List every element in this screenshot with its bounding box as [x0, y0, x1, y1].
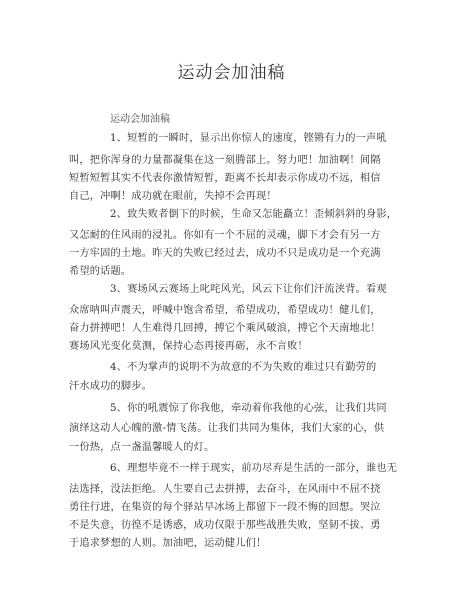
paragraph-line: 自己，冲啊！成功就在眼前，失掉不会再现！ — [69, 187, 277, 202]
paragraph-line: 汗水成功的脚步。 — [69, 377, 152, 392]
paragraph-line: 一份热，点一盏温馨暖人的灯。 — [69, 438, 214, 453]
paragraph-line: 1、短暂的一瞬时，显示出你惊人的速度，铿锵有力的一声吼 — [110, 129, 387, 144]
paragraph-line: 短暂短暂其实不代表你激情短暂，距离不长却表示你成功不远，相信 — [69, 169, 381, 184]
paragraph-line: 于追求梦想的人则。加油吧，运动健儿们！ — [69, 534, 266, 549]
document-page: 运动会加油稿 运动会加油稿 1、短暂的一瞬时，显示出你惊人的速度，铿锵有力的一声… — [0, 0, 463, 600]
paragraph-line: 叫，把你浑身的力量都凝集在这一刻腾部上。努力吧！加油啊！间隔 — [69, 151, 381, 166]
paragraph-line: 2、致失败者倒下的时候，生命又怎能矗立！歪倾斜斜的身影， — [110, 205, 397, 220]
paragraph-line: 赛场风光变化莫测，保持心态再接再砺，永不言败！ — [69, 337, 308, 352]
document-subtitle: 运动会加油稿 — [110, 110, 170, 125]
paragraph-line: 5、你的吼震惊了你我他，牵动着你我他的心弦，让我们共同 — [110, 399, 387, 414]
paragraph-line: 法选择，没法拒绝。人生要自己去拼搏，去奋斗，在风雨中不屈不挠 — [69, 480, 381, 495]
paragraph-line: 又怎耐的住风雨的浸礼。你如有一个不屈的灵魂，脚下才会有另一方 — [69, 226, 381, 241]
document-title: 运动会加油稿 — [0, 58, 463, 83]
paragraph-line: 众席呐叫声震天，呼喊中饱含希望，希望成功，希望成功！健儿们， — [69, 301, 381, 316]
paragraph-line: 勇往行进，在集资的每个驿站早冰场上都留下一段不悔的回想。哭泣 — [69, 498, 381, 513]
paragraph-line: 希望的话题。 — [69, 262, 131, 277]
paragraph-line: 演绎这动人心魄的激-情飞荡。让我们共同为集体，我们大家的心，供 — [69, 419, 384, 434]
paragraph-line: 3、赛场风云赛场上叱咤风光，风云下让你们汗流浃背。看观 — [110, 280, 387, 295]
paragraph-line: 不是失意，彷徨不是诱惑，成功仅限于那些战胜失败，坚韧不拔、勇 — [69, 516, 381, 531]
paragraph-line: 6、理想毕竟不一样于现实，前功尽弃是生活的一部分，谁也无 — [110, 459, 397, 474]
paragraph-line: 4、不为掌声的说明不为故意的不为失败的难过只有勤劳的 — [110, 358, 376, 373]
paragraph-line: 奋力拼搏吧！人生难得几回搏，搏它个乘风破浪，搏它个天南地北！ — [69, 319, 381, 334]
paragraph-line: 一方牢固的土地。昨天的失败已经过去，成功不只是成功是一个充满 — [69, 244, 381, 259]
